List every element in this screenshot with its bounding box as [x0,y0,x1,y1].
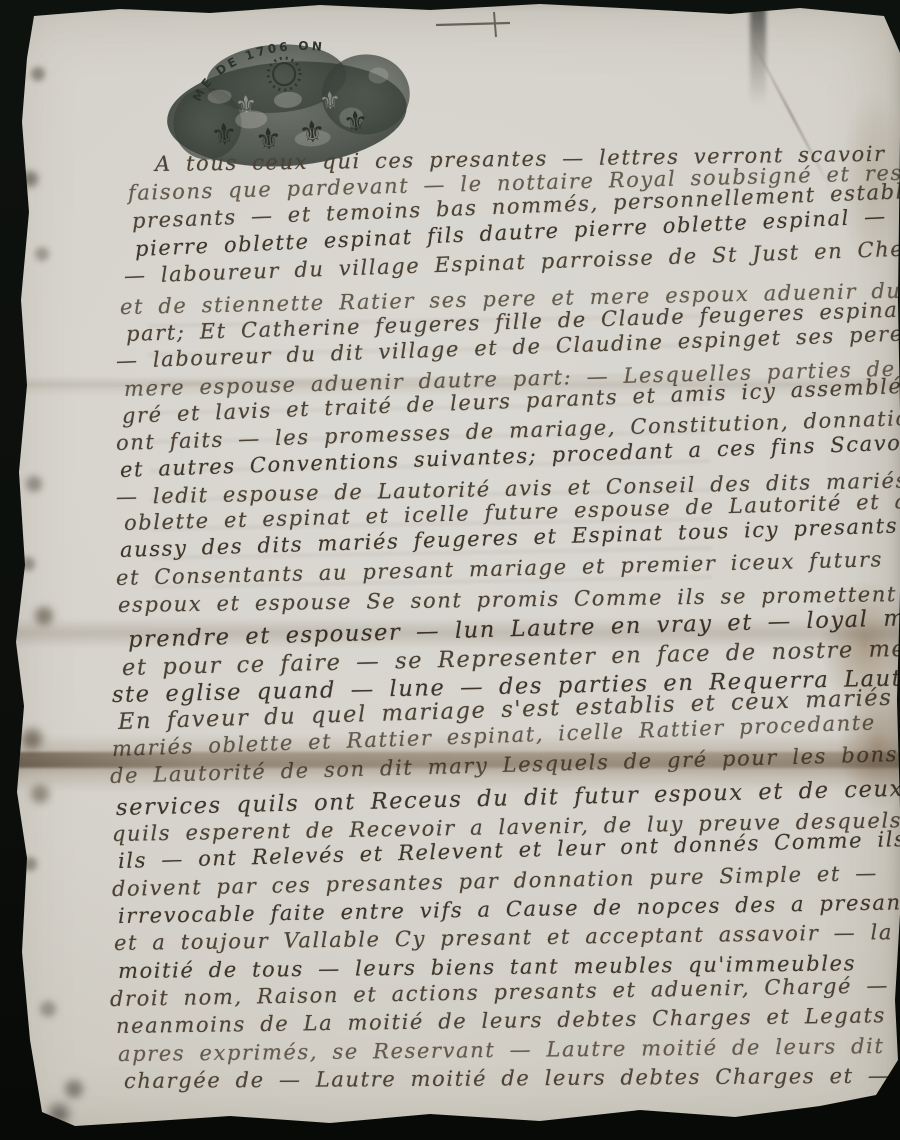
photo-of-manuscript: ME DE 1706 ON ⚜ ⚜ ⚜ ⚜ ⚜ ⚜ A tous ceux qu… [0,0,900,1140]
edge-dirt-spots [0,0,8,8]
manuscript-paper-sheet: ME DE 1706 ON ⚜ ⚜ ⚜ ⚜ ⚜ ⚜ A tous ceux qu… [0,0,900,1140]
manuscript-text-block: A tous ceux qui ces presantes — lettres … [0,0,900,1140]
manuscript-line: apres exprimés, se Reservant — Lautre mo… [118,1033,900,1066]
manuscript-line: chargée de — Lautre moitié de leurs debt… [124,1062,900,1093]
